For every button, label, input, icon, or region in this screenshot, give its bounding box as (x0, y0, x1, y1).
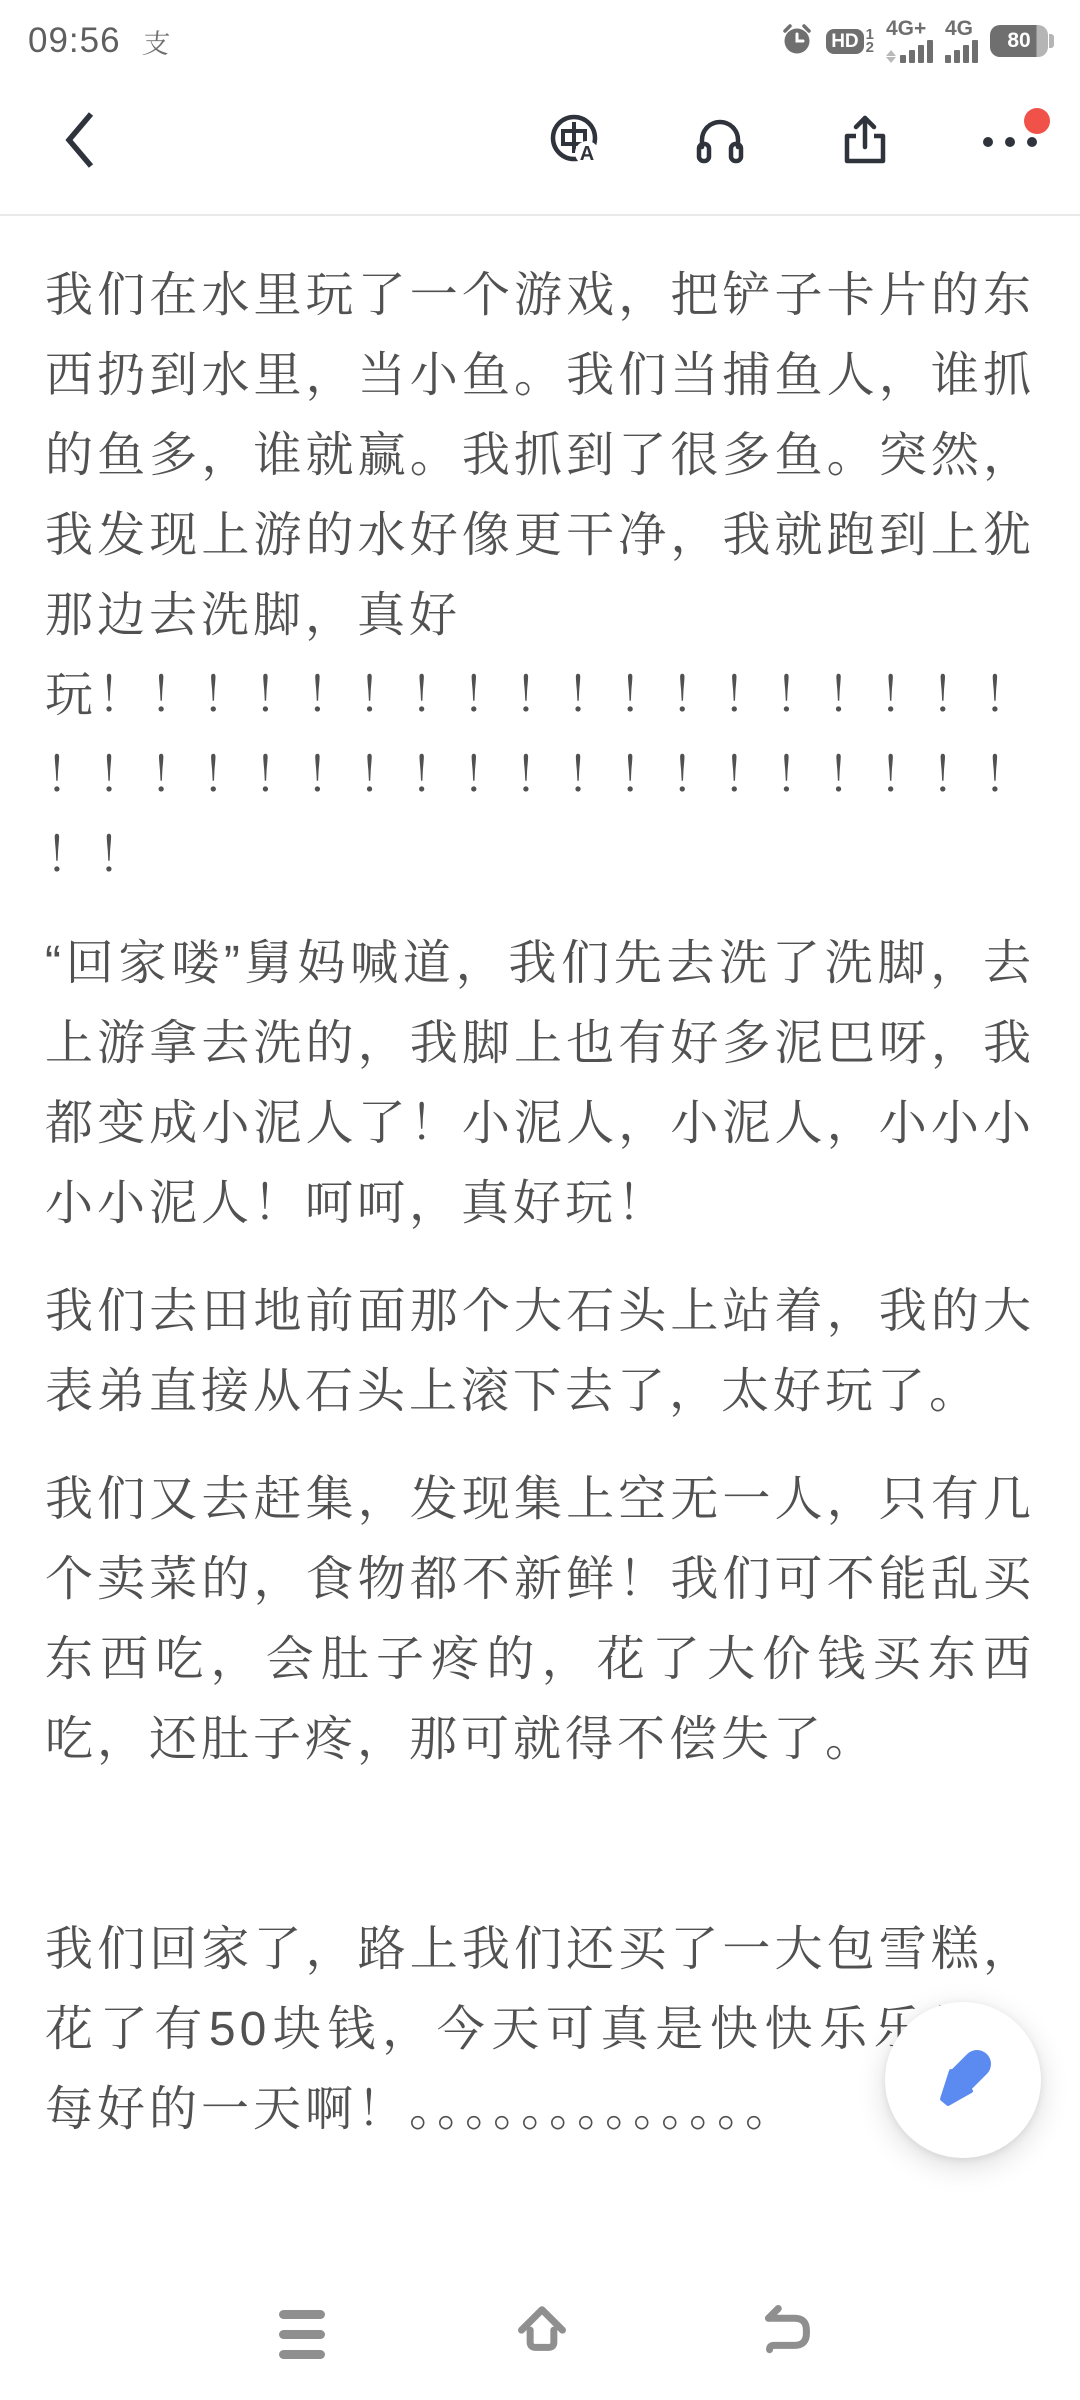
status-left: 09:56 支 (28, 21, 170, 61)
return-icon (762, 2302, 814, 2359)
share-icon (836, 111, 894, 174)
back-button[interactable] (56, 110, 104, 174)
paragraph: 我们又去赶集，发现集上空无一人，只有几个卖菜的，食物都不新鲜！我们可不能乱买东西… (45, 1460, 1035, 1780)
headphones-icon (691, 111, 749, 174)
hd-icon: HD 1 2 (826, 28, 874, 54)
svg-text:A: A (580, 143, 594, 165)
signal-sim1: 4G+ (886, 19, 933, 63)
toolbar: A (0, 70, 1080, 214)
battery-icon: 80 (990, 25, 1054, 57)
paragraph: “回家喽”舅妈喊道，我们先去洗了洗脚，去上游拿去洗的，我脚上也有好多泥巴呀，我都… (45, 924, 1035, 1244)
more-button[interactable] (982, 114, 1038, 170)
data-arrows-icon (886, 50, 896, 63)
signal-bars-icon (945, 40, 978, 63)
translate-button[interactable]: A (547, 114, 603, 170)
paragraph: 我们回家了，路上我们还买了一大包雪糕，花了有50块钱，今天可真是快快乐乐的，每好… (45, 1910, 1035, 2150)
pencil-icon (915, 2030, 1011, 2131)
signal-sim2: 4G (945, 19, 978, 63)
alarm-icon (780, 22, 814, 61)
share-button[interactable] (837, 114, 893, 170)
listen-button[interactable] (692, 114, 748, 170)
hd-sim2: 2 (866, 41, 874, 54)
status-bar: 09:56 支 HD 1 2 4G+ (0, 0, 1080, 70)
alipay-notification-icon: 支 (141, 22, 172, 61)
recents-button[interactable] (274, 2306, 330, 2362)
navigation-bar (0, 2290, 1080, 2400)
edit-fab-button[interactable] (885, 2002, 1041, 2158)
signal-bars-icon (886, 40, 933, 63)
more-icon (983, 137, 1037, 147)
network-type-sim1: 4G+ (886, 19, 926, 39)
notification-badge (1024, 108, 1050, 134)
paragraph: 我们在水里玩了一个游戏，把铲子卡片的东西扔到水里，当小鱼。我们当捕鱼人，谁抓的鱼… (45, 256, 1035, 896)
status-right: HD 1 2 4G+ 4G 80 (780, 19, 1054, 63)
translate-icon: A (546, 111, 604, 174)
clock-time: 09:56 (28, 21, 121, 61)
note-content[interactable]: 我们在水里玩了一个游戏，把铲子卡片的东西扔到水里，当小鱼。我们当捕鱼人，谁抓的鱼… (0, 216, 1080, 2178)
back-icon (58, 108, 102, 177)
menu-icon (279, 2310, 325, 2359)
phone-screen: 09:56 支 HD 1 2 4G+ (0, 0, 1080, 2400)
battery-percent: 80 (1007, 29, 1030, 53)
paragraph: 我们去田地前面那个大石头上站着，我的大表弟直接从石头上滚下去了，太好玩了。 (45, 1272, 1035, 1432)
back-nav-button[interactable] (760, 2302, 816, 2358)
home-icon (514, 2300, 570, 2361)
home-button[interactable] (514, 2302, 570, 2358)
network-type-sim2: 4G (945, 19, 973, 39)
